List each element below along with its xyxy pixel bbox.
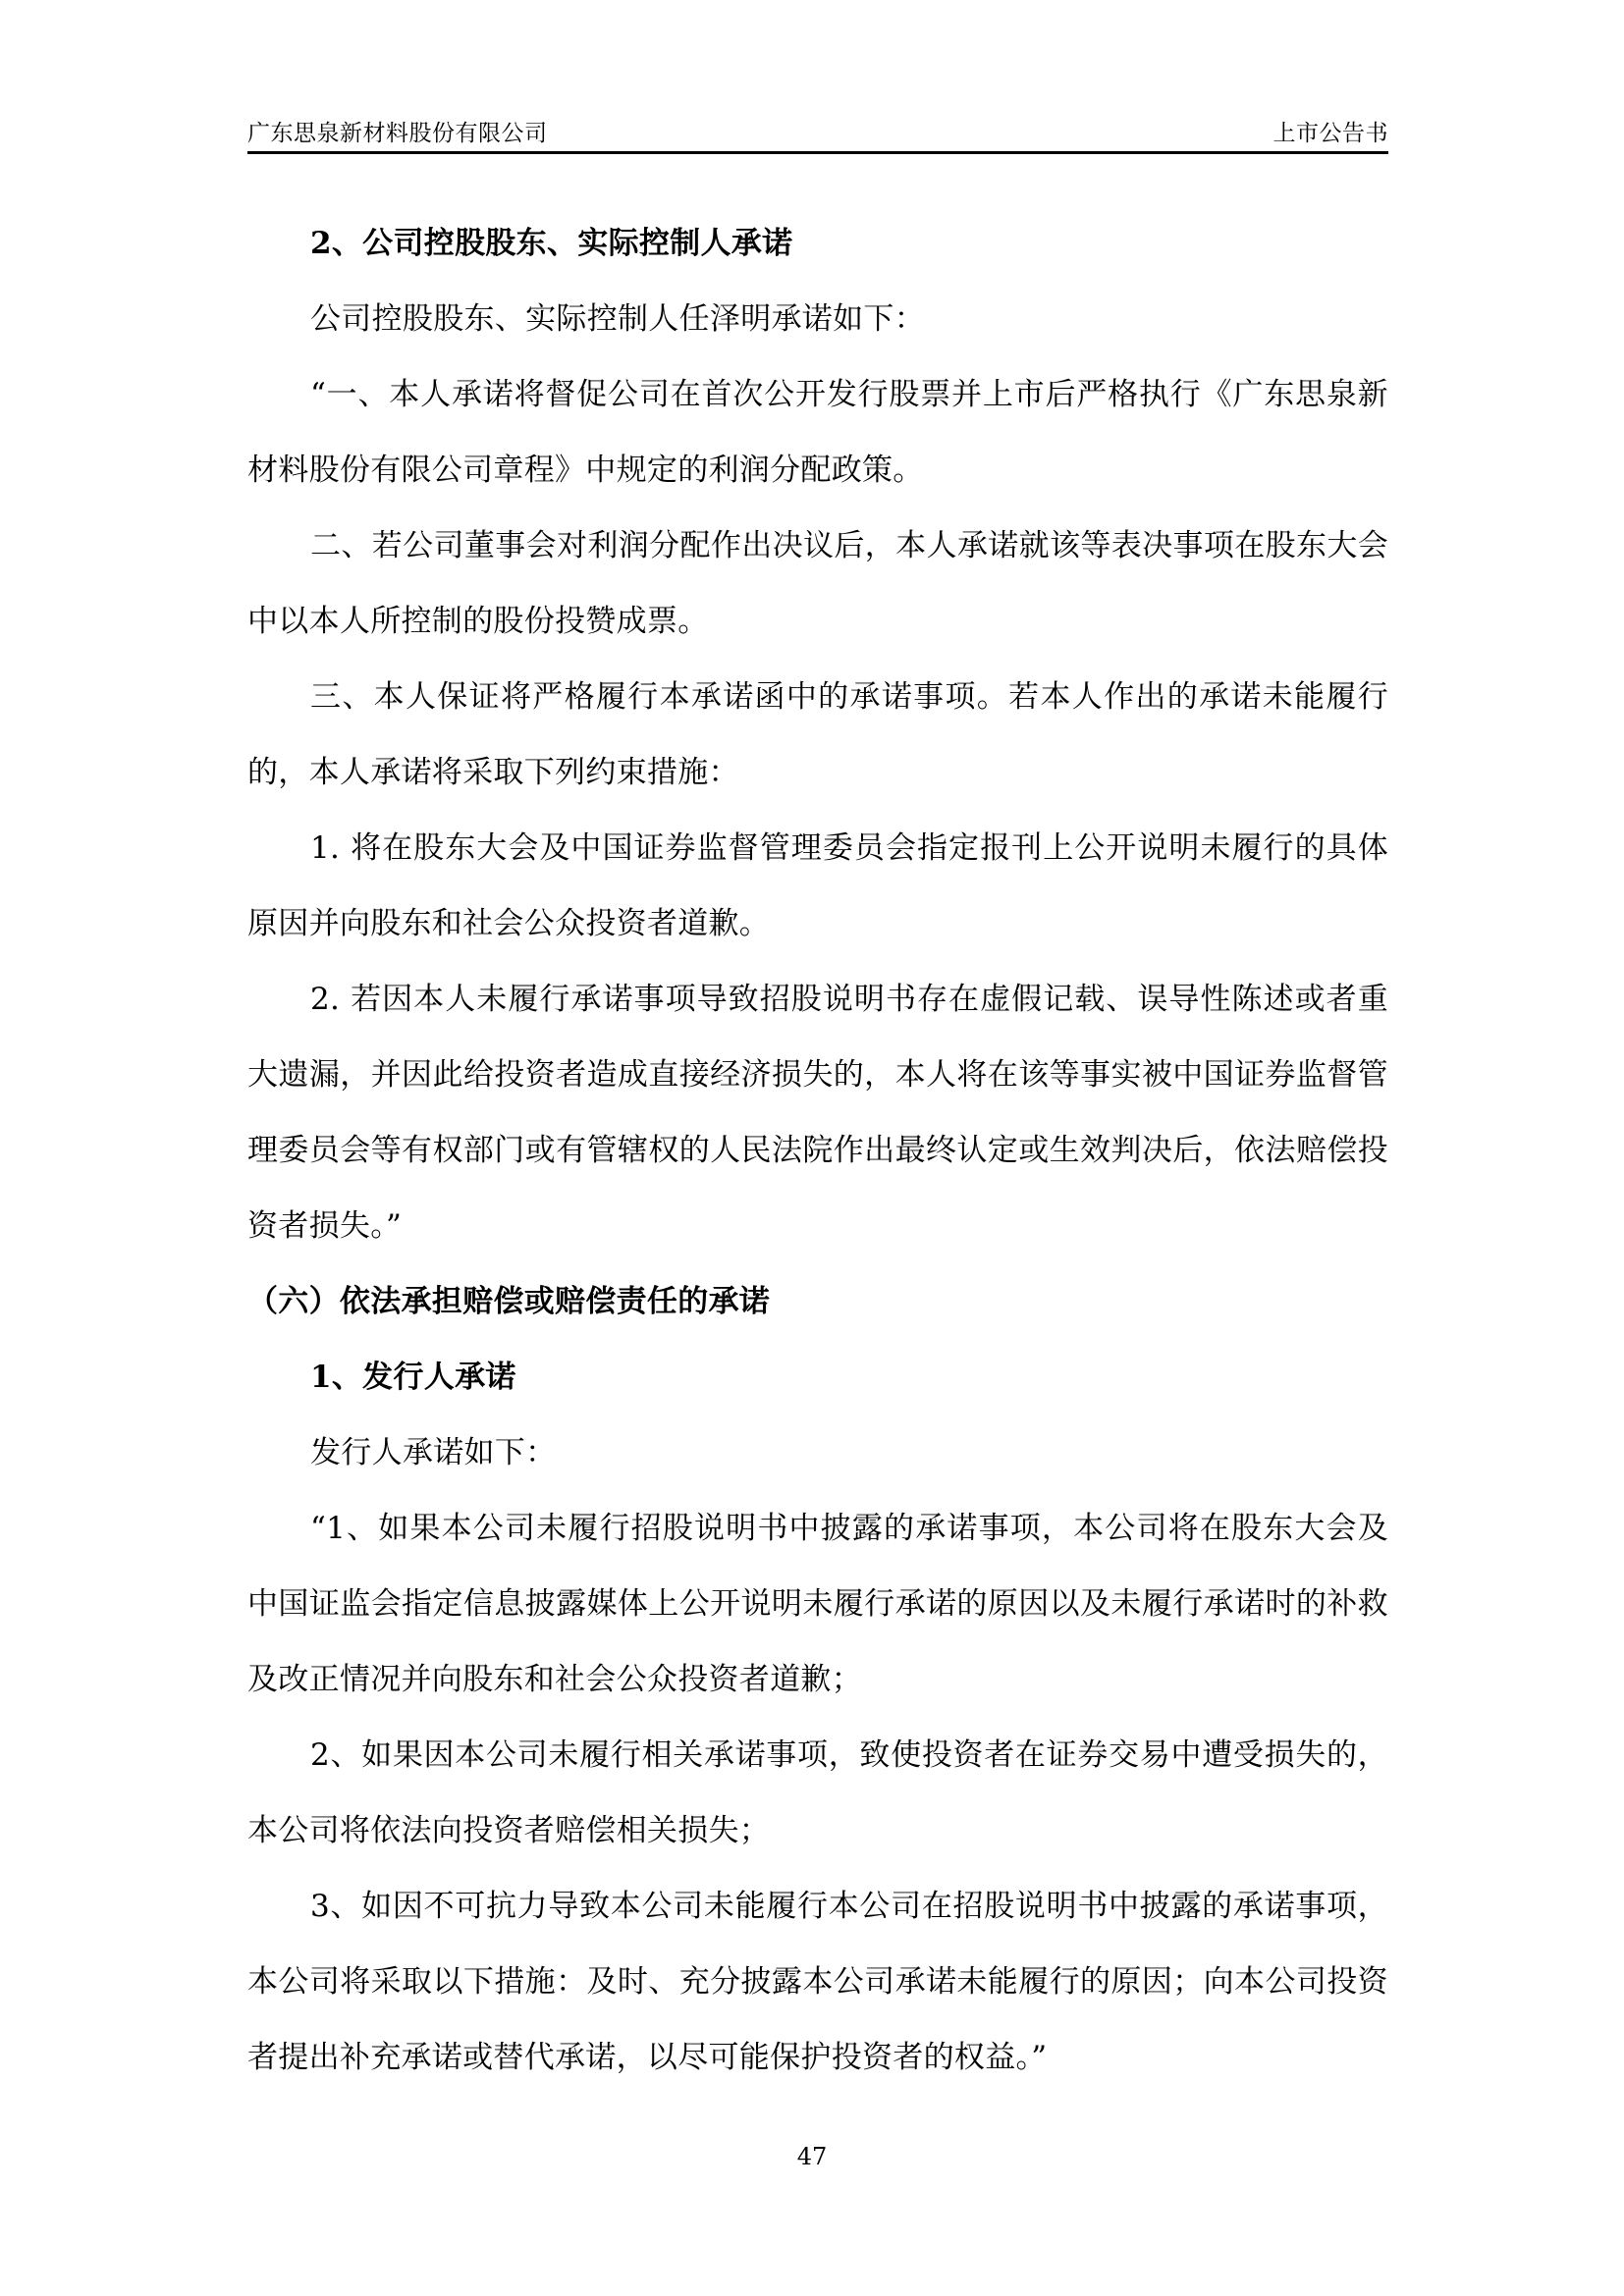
commitment-paragraph: 1. 将在股东大会及中国证券监督管理委员会指定报刊上公开说明未履行的具体原因并向… xyxy=(247,811,1388,962)
page-number: 47 xyxy=(0,2143,1624,2170)
section-heading-controlling-shareholder: 2、公司控股股东、实际控制人承诺 xyxy=(247,206,1388,282)
commitment-paragraph: 2. 若因本人未履行承诺事项导致招股说明书存在虚假记载、误导性陈述或者重大遗漏，… xyxy=(247,962,1388,1264)
issuer-commitment-paragraph: 3、如因不可抗力导致本公司未能履行本公司在招股说明书中披露的承诺事项，本公司将采… xyxy=(247,1869,1388,2096)
subsection-heading-issuer: 1、发行人承诺 xyxy=(247,1340,1388,1415)
issuer-commitment-paragraph: “1、如果本公司未履行招股说明书中披露的承诺事项，本公司将在股东大会及中国证监会… xyxy=(247,1491,1388,1718)
section-heading-compensation: （六）依法承担赔偿或赔偿责任的承诺 xyxy=(247,1264,1388,1340)
header-company-name: 广东思泉新材料股份有限公司 xyxy=(247,115,548,147)
header-document-type: 上市公告书 xyxy=(1273,115,1389,147)
document-body: 2、公司控股股东、实际控制人承诺 公司控股股东、实际控制人任泽明承诺如下： “一… xyxy=(247,206,1388,2096)
subsection-intro-issuer: 发行人承诺如下： xyxy=(247,1415,1388,1491)
section-intro-controlling-shareholder: 公司控股股东、实际控制人任泽明承诺如下： xyxy=(247,282,1388,357)
issuer-commitment-paragraph: 2、如果因本公司未履行相关承诺事项，致使投资者在证券交易中遭受损失的，本公司将依… xyxy=(247,1718,1388,1869)
commitment-paragraph: “一、本人承诺将督促公司在首次公开发行股票并上市后严格执行《广东思泉新材料股份有… xyxy=(247,357,1388,508)
page-header: 广东思泉新材料股份有限公司 上市公告书 xyxy=(247,112,1388,154)
commitment-paragraph: 二、若公司董事会对利润分配作出决议后，本人承诺就该等表决事项在股东大会中以本人所… xyxy=(247,508,1388,660)
commitment-paragraph: 三、本人保证将严格履行本承诺函中的承诺事项。若本人作出的承诺未能履行的，本人承诺… xyxy=(247,660,1388,811)
